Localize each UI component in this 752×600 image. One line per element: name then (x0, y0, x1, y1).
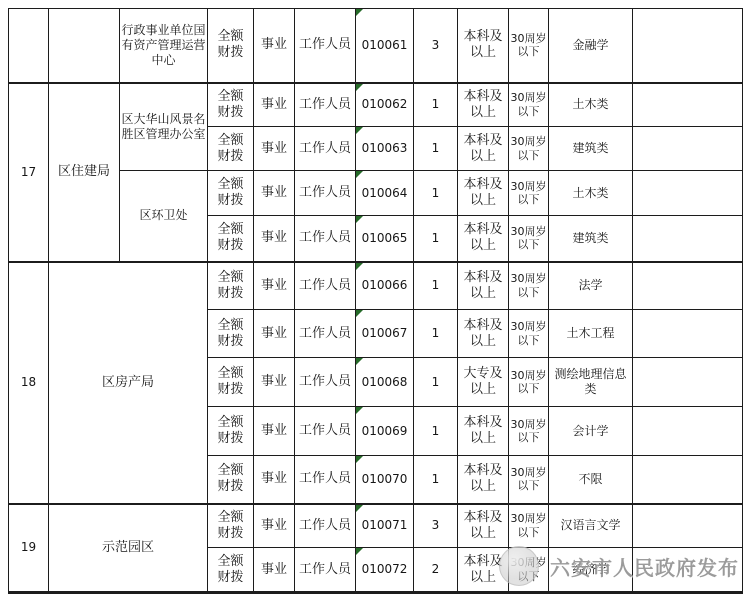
table-row: 区环卫处 全额财拨 事业 工作人员 010064 1 本科及以上 30周岁以下 … (9, 171, 743, 216)
funding-cell: 全额财拨 (208, 216, 254, 262)
education-cell: 本科及以上 (458, 216, 509, 262)
funding-cell: 全额财拨 (208, 83, 254, 127)
education-cell: 本科及以上 (458, 262, 509, 310)
education-cell: 大专及以上 (458, 358, 509, 407)
code-cell: 010063 (356, 127, 414, 171)
position-cell: 工作人员 (295, 504, 356, 548)
education-cell: 本科及以上 (458, 310, 509, 358)
nature-cell: 事业 (254, 9, 295, 83)
bureau-cell: 区住建局 (49, 83, 120, 262)
age-cell: 30周岁以下 (509, 310, 549, 358)
bureau-cell: 区房产局 (49, 262, 208, 504)
funding-cell: 全额财拨 (208, 548, 254, 593)
age-cell: 30周岁以下 (509, 83, 549, 127)
major-cell: 经济学 (549, 548, 633, 593)
education-cell: 本科及以上 (458, 9, 509, 83)
position-cell: 工作人员 (295, 407, 356, 456)
position-cell: 工作人员 (295, 358, 356, 407)
excel-error-triangle-icon (356, 548, 363, 555)
table-row: 18 区房产局 全额财拨 事业 工作人员 010066 1 本科及以上 30周岁… (9, 262, 743, 310)
funding-cell: 全额财拨 (208, 504, 254, 548)
funding-cell: 全额财拨 (208, 407, 254, 456)
remark-cell (633, 504, 743, 548)
age-cell: 30周岁以下 (509, 358, 549, 407)
major-cell: 土木类 (549, 83, 633, 127)
nature-cell: 事业 (254, 171, 295, 216)
code-value: 010068 (362, 375, 408, 389)
count-cell: 1 (414, 83, 458, 127)
excel-error-triangle-icon (356, 216, 363, 223)
position-cell: 工作人员 (295, 262, 356, 310)
count-cell: 1 (414, 310, 458, 358)
remark-cell (633, 262, 743, 310)
excel-error-triangle-icon (356, 310, 363, 317)
code-cell: 010062 (356, 83, 414, 127)
funding-cell: 全额财拨 (208, 171, 254, 216)
count-cell: 2 (414, 548, 458, 593)
excel-error-triangle-icon (356, 263, 363, 270)
code-value: 010067 (362, 326, 408, 340)
count-cell: 1 (414, 216, 458, 262)
code-cell: 010070 (356, 456, 414, 504)
remark-cell (633, 358, 743, 407)
nature-cell: 事业 (254, 216, 295, 262)
count-cell: 1 (414, 407, 458, 456)
bureau-cell: 示范园区 (49, 504, 208, 593)
remark-cell (633, 456, 743, 504)
remark-cell (633, 548, 743, 593)
major-cell: 建筑类 (549, 127, 633, 171)
position-cell: 工作人员 (295, 127, 356, 171)
nature-cell: 事业 (254, 83, 295, 127)
count-cell: 3 (414, 504, 458, 548)
count-cell: 1 (414, 171, 458, 216)
funding-cell: 全额财拨 (208, 310, 254, 358)
code-cell: 010067 (356, 310, 414, 358)
major-cell: 测绘地理信息类 (549, 358, 633, 407)
major-cell: 土木类 (549, 171, 633, 216)
code-value: 010062 (362, 97, 408, 111)
major-cell: 土木工程 (549, 310, 633, 358)
excel-error-triangle-icon (356, 505, 363, 512)
age-cell: 30周岁以下 (509, 262, 549, 310)
major-cell: 汉语言文学 (549, 504, 633, 548)
code-value: 010066 (362, 278, 408, 292)
nature-cell: 事业 (254, 548, 295, 593)
count-cell: 3 (414, 9, 458, 83)
age-cell: 30周岁以下 (509, 171, 549, 216)
education-cell: 本科及以上 (458, 548, 509, 593)
code-cell: 010066 (356, 262, 414, 310)
nature-cell: 事业 (254, 310, 295, 358)
count-cell: 1 (414, 358, 458, 407)
position-cell: 工作人员 (295, 456, 356, 504)
excel-error-triangle-icon (356, 84, 363, 91)
code-cell: 010064 (356, 171, 414, 216)
code-value: 010070 (362, 472, 408, 486)
unit-cell: 行政事业单位国有资产管理运营中心 (120, 9, 208, 83)
funding-cell: 全额财拨 (208, 262, 254, 310)
row-number-cell (9, 9, 49, 83)
code-value: 010064 (362, 186, 408, 200)
excel-error-triangle-icon (356, 456, 363, 463)
unit-cell: 区环卫处 (120, 171, 208, 262)
position-cell: 工作人员 (295, 548, 356, 593)
excel-error-triangle-icon (356, 407, 363, 414)
remark-cell (633, 9, 743, 83)
code-value: 010071 (362, 518, 408, 532)
row-number-cell: 18 (9, 262, 49, 504)
position-cell: 工作人员 (295, 310, 356, 358)
nature-cell: 事业 (254, 127, 295, 171)
major-cell: 会计学 (549, 407, 633, 456)
table-row: 17 区住建局 区大华山风景名胜区管理办公室 全额财拨 事业 工作人员 0100… (9, 83, 743, 127)
code-cell: 010071 (356, 504, 414, 548)
code-cell: 010065 (356, 216, 414, 262)
age-cell: 30周岁以下 (509, 456, 549, 504)
education-cell: 本科及以上 (458, 171, 509, 216)
excel-error-triangle-icon (356, 171, 363, 178)
education-cell: 本科及以上 (458, 407, 509, 456)
remark-cell (633, 127, 743, 171)
excel-error-triangle-icon (356, 9, 363, 16)
age-cell: 30周岁以下 (509, 127, 549, 171)
nature-cell: 事业 (254, 456, 295, 504)
code-cell: 010068 (356, 358, 414, 407)
code-value: 010072 (362, 562, 408, 576)
code-value: 010065 (362, 231, 408, 245)
position-cell: 工作人员 (295, 216, 356, 262)
position-cell: 工作人员 (295, 83, 356, 127)
education-cell: 本科及以上 (458, 127, 509, 171)
age-cell: 30周岁以下 (509, 548, 549, 593)
code-value: 010061 (362, 38, 408, 52)
unit-cell: 区大华山风景名胜区管理办公室 (120, 83, 208, 171)
count-cell: 1 (414, 262, 458, 310)
remark-cell (633, 216, 743, 262)
age-cell: 30周岁以下 (509, 407, 549, 456)
major-cell: 不限 (549, 456, 633, 504)
education-cell: 本科及以上 (458, 456, 509, 504)
remark-cell (633, 407, 743, 456)
recruitment-table: 行政事业单位国有资产管理运营中心 全额财拨 事业 工作人员 010061 3 本… (8, 8, 743, 594)
nature-cell: 事业 (254, 407, 295, 456)
funding-cell: 全额财拨 (208, 9, 254, 83)
remark-cell (633, 310, 743, 358)
position-cell: 工作人员 (295, 171, 356, 216)
code-value: 010063 (362, 141, 408, 155)
excel-error-triangle-icon (356, 358, 363, 365)
major-cell: 建筑类 (549, 216, 633, 262)
education-cell: 本科及以上 (458, 504, 509, 548)
code-cell: 010069 (356, 407, 414, 456)
nature-cell: 事业 (254, 262, 295, 310)
code-value: 010069 (362, 424, 408, 438)
age-cell: 30周岁以下 (509, 216, 549, 262)
row-number-cell: 19 (9, 504, 49, 593)
nature-cell: 事业 (254, 504, 295, 548)
bureau-cell (49, 9, 120, 83)
education-cell: 本科及以上 (458, 83, 509, 127)
funding-cell: 全额财拨 (208, 358, 254, 407)
major-cell: 金融学 (549, 9, 633, 83)
code-cell: 010061 (356, 9, 414, 83)
age-cell: 30周岁以下 (509, 504, 549, 548)
funding-cell: 全额财拨 (208, 127, 254, 171)
major-cell: 法学 (549, 262, 633, 310)
age-cell: 30周岁以下 (509, 9, 549, 83)
table-row: 19 示范园区 全额财拨 事业 工作人员 010071 3 本科及以上 30周岁… (9, 504, 743, 548)
table-row: 行政事业单位国有资产管理运营中心 全额财拨 事业 工作人员 010061 3 本… (9, 9, 743, 83)
code-cell: 010072 (356, 548, 414, 593)
remark-cell (633, 83, 743, 127)
remark-cell (633, 171, 743, 216)
nature-cell: 事业 (254, 358, 295, 407)
position-cell: 工作人员 (295, 9, 356, 83)
count-cell: 1 (414, 127, 458, 171)
funding-cell: 全额财拨 (208, 456, 254, 504)
count-cell: 1 (414, 456, 458, 504)
row-number-cell: 17 (9, 83, 49, 262)
excel-error-triangle-icon (356, 127, 363, 134)
